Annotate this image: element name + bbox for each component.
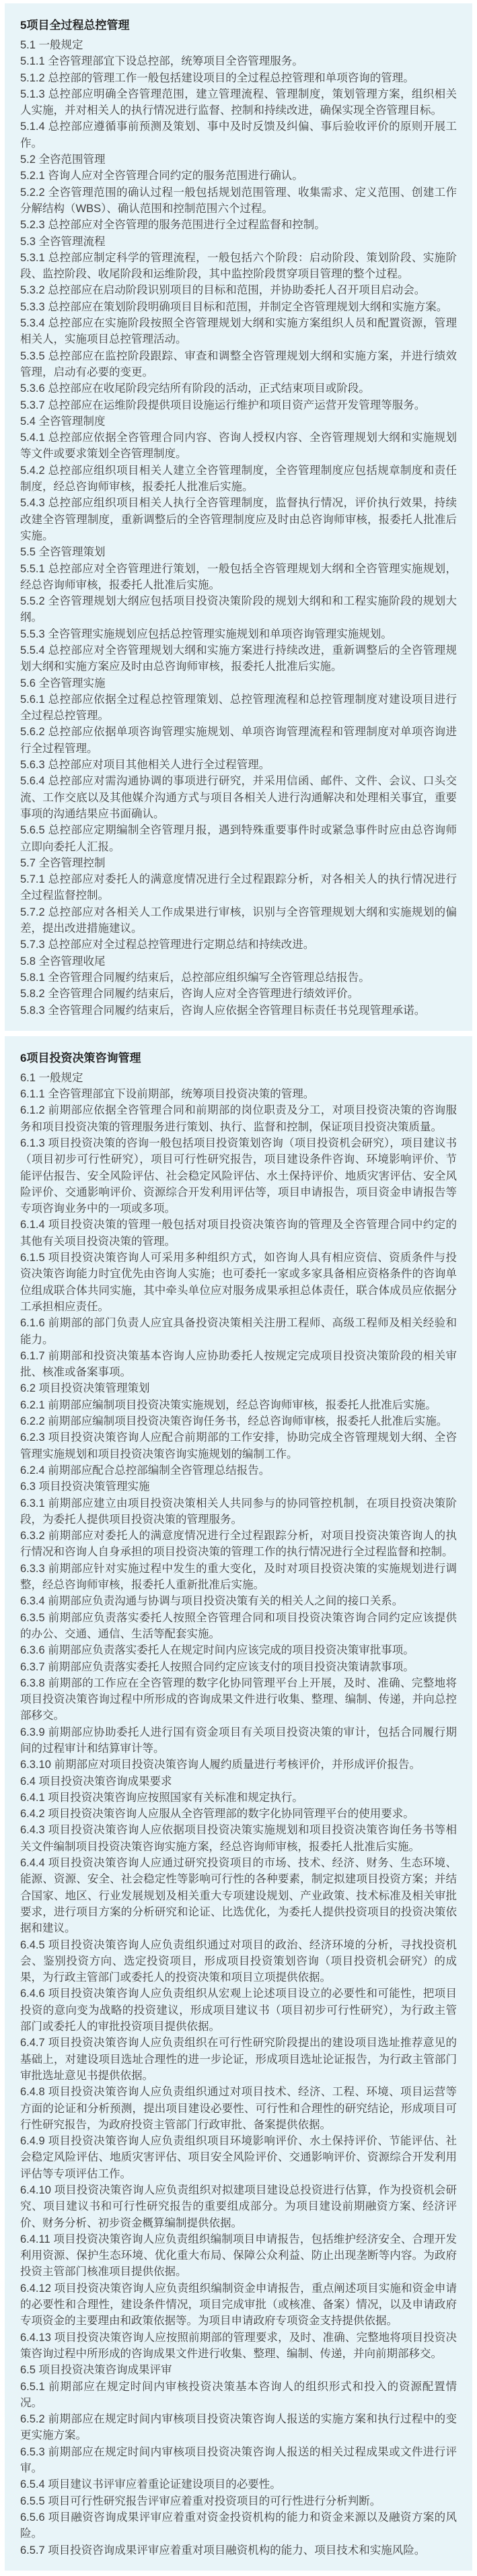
clause-paragraph: 6.3.8 前期部的工作应在全咨管理的数字化协同管理平台上开展，及时、准确、完整…	[20, 1675, 457, 1724]
clause-paragraph: 6.5 项目投资决策咨询成果评审	[20, 2362, 457, 2378]
clause-paragraph: 5.3.7 总控部应在运维阶段提供项目设施运行维护和项目资产运营开发管理等服务。	[20, 397, 457, 413]
clause-paragraph: 6.3.6 前期部应负责落实委托人在规定时间内应该完成的项目投资决策审批事项。	[20, 1642, 457, 1658]
clause-paragraph: 6.3 项目投资决策管理实施	[20, 1479, 457, 1495]
clause-paragraph: 5.6.3 总控部应对项目其他相关人进行全过程管理。	[20, 757, 457, 773]
clause-paragraph: 5.7.1 总控部应对委托人的满意度情况进行全过程跟踪分析，对各相关人的执行情况…	[20, 871, 457, 904]
clause-paragraph: 6.3.4 前期部应负责沟通与协调与项目投资决策有关的相关人之间的接口关系。	[20, 1593, 457, 1609]
clause-paragraph: 6.4.1 项目投资决策咨询应按照国家有关标准和规定执行。	[20, 1790, 457, 1806]
clause-paragraph: 6.2 项目投资决策管理策划	[20, 1380, 457, 1396]
clause-paragraph: 6.1 一般规定	[20, 1070, 457, 1086]
clause-paragraph: 5.7.3 总控部应对全过程总控管理进行定期总结和持续改进。	[20, 937, 457, 953]
clause-paragraph: 6.2.3 项目投资决策咨询人应配合前期部的工作安排，协助完成全咨管理规划大纲、…	[20, 1429, 457, 1462]
clause-paragraph: 6.4 项目投资决策咨询成果要求	[20, 1773, 457, 1790]
clause-paragraph: 5.2 全咨范围管理	[20, 151, 457, 168]
clause-paragraph: 6.1.3 项目投资决策的咨询一般包括项目投资策划咨询（项目投资机会研究），项目…	[20, 1135, 457, 1217]
clause-paragraph: 6.3.9 前期部应协助委托人进行国有资金项目有关项目投资决策的审计，包括合同履…	[20, 1724, 457, 1757]
clause-paragraph: 6.4.7 项目投资决策咨询人应负责组织在可行性研究阶段提出的建设项目选址推荐意…	[20, 2035, 457, 2084]
clause-paragraph: 6.4.6 项目投资决策咨询人应负责组织从宏观上论述项目设立的必要性和可能性，把…	[20, 1986, 457, 2035]
clause-paragraph: 6.2.4 前期部应配合总控部编制全咨管理总结报告。	[20, 1462, 457, 1479]
clause-paragraph: 6.2.1 前期部应编制项目投资决策实施规划，经总咨询师审核，报委托人批准后实施…	[20, 1397, 457, 1413]
clause-paragraph: 5.3.4 总控部应在实施阶段按照全咨管理规划大纲和实施方案组织人员和配置资源，…	[20, 315, 457, 348]
clause-paragraph: 6.5.1 前期部应在规定时间内审核投资决策基本咨询人的组织形式和投入的资源配置…	[20, 2379, 457, 2412]
clause-paragraph: 6.5.5 项目可行性研究报告评审应着重对投资项目的可行性进行分析判断。	[20, 2493, 457, 2509]
clause-paragraph: 5.8 全咨管理收尾	[20, 953, 457, 970]
document-page: 5项目全过程总控管理5.1 一般规定5.1.1 全咨管理部宜下设总控部，统筹项目…	[0, 0, 477, 2576]
clause-paragraph: 5.2.3 总控部应对全咨管理的服务范围进行全过程监督和控制。	[20, 217, 457, 233]
clause-paragraph: 6.3.7 前期部应负责落实委托人按照合同约定应该支付的项目投资决策请款事项。	[20, 1659, 457, 1675]
clause-paragraph: 5.5.3 全咨管理实施规划应包括总控管理实施规划和单项咨询管理实施规划。	[20, 626, 457, 642]
clause-paragraph: 6.4.4 项目投资决策咨询人应通过研究投资项目的市场、技术、经济、财务、生态环…	[20, 1855, 457, 1936]
section-heading: 6项目投资决策咨询管理	[20, 1050, 457, 1066]
clause-paragraph: 6.4.2 项目投资决策咨询人应服从全咨管理部的数字化协同管理平台的使用要求。	[20, 1806, 457, 1822]
clause-paragraph: 6.1.7 前期部和投资决策基本咨询人应协助委托人按规定完成项目投资决策阶段的相…	[20, 1348, 457, 1381]
clause-paragraph: 6.4.9 项目投资决策咨询人应负责组织项目环境影响评价、水土保持评价、节能评估…	[20, 2133, 457, 2182]
section-heading: 5项目全过程总控管理	[20, 17, 457, 34]
clause-paragraph: 6.5.4 项目建议书评审应着重论证建设项目的必要性。	[20, 2476, 457, 2493]
clause-paragraph: 5.2.2 全咨管理范围的确认过程一般包括规划范围管理、收集需求、定义范围、创建…	[20, 184, 457, 217]
clause-paragraph: 6.3.3 前期部应针对实施过程中发生的重大变化，及时对项目投资决策的实施规划进…	[20, 1561, 457, 1594]
clause-paragraph: 5.6.2 总控部应依据单项咨询管理实施规划、单项咨询管理流程和管理制度对单项咨…	[20, 724, 457, 757]
clause-paragraph: 5.3.1 总控部应制定科学的管理流程，一般包括六个阶段：启动阶段、策划阶段、实…	[20, 250, 457, 283]
document-section-1: 5项目全过程总控管理5.1 一般规定5.1.1 全咨管理部宜下设总控部，统筹项目…	[5, 3, 472, 1031]
clause-paragraph: 5.3.6 总控部应在收尾阶段完结所有阶段的活动，正式结束项目或阶段。	[20, 380, 457, 397]
clause-paragraph: 5.1.4 总控部应遵循事前预测及策划、事中及时反馈及纠偏、事后验收评价的原则开…	[20, 118, 457, 151]
clause-paragraph: 5.1.1 全咨管理部宜下设总控部，统筹项目全咨管理服务。	[20, 53, 457, 69]
clause-paragraph: 5.5 全咨管理策划	[20, 544, 457, 560]
clause-paragraph: 6.3.5 前期部应负责落实委托人按照全咨管理合同和项目投资决策咨询合同约定应该…	[20, 1610, 457, 1643]
clause-paragraph: 5.3.5 总控部应在监控阶段跟踪、审查和调整全咨管理规划大纲和实施方案，并进行…	[20, 348, 457, 381]
clause-paragraph: 6.1.4 项目投资决策的管理一般包括对项目投资决策咨询的管理及全咨管理合同中约…	[20, 1217, 457, 1250]
document-section-2: 6项目投资决策咨询管理6.1 一般规定6.1.1 全咨管理部宜下设前期部，统筹项…	[5, 1036, 472, 2571]
clause-paragraph: 6.5.7 项目投资咨询成果评审应着重对项目融资机构的能力、项目技术和实施风险。	[20, 2542, 457, 2558]
clause-paragraph: 6.5.2 前期部应在规定时间内审核项目投资决策咨询人报送的实施方案和执行过程中…	[20, 2411, 457, 2444]
clause-paragraph: 5.4 全咨管理制度	[20, 413, 457, 430]
clause-paragraph: 5.6.1 总控部应依据全过程总控管理策划、总控管理流程和总控管理制度对建设项目…	[20, 691, 457, 724]
clause-paragraph: 5.1.3 总控部应明确全咨管理范围，建立管理流程、管理制度，策划管理方案，组织…	[20, 86, 457, 119]
clause-paragraph: 6.1.5 项目投资决策咨询人可采用多种组织方式，如咨询人具有相应资信、资质条件…	[20, 1250, 457, 1315]
clause-paragraph: 6.5.6 项目融资咨询成果评审应着重对资金投资机构的能力和资金来源以及融资方案…	[20, 2509, 457, 2542]
clause-paragraph: 5.4.3 总控部应组织项目相关人执行全咨管理制度，监督执行情况，评价执行效果，…	[20, 495, 457, 544]
clause-paragraph: 6.3.2 前期部应对委托人的满意度情况进行全过程跟踪分析，对项目投资决策咨询人…	[20, 1528, 457, 1561]
clause-paragraph: 5.5.1 总控部应对全咨管理进行策划，一般包括全咨管理规划大纲和全咨管理实施规…	[20, 561, 457, 594]
clause-paragraph: 6.1.1 全咨管理部宜下设前期部，统筹项目投资决策的管理。	[20, 1086, 457, 1102]
clause-paragraph: 6.5.3 前期部应在规定时间内审核项目投资决策咨询人报送的相关过程成果或文件进…	[20, 2444, 457, 2477]
clause-paragraph: 5.3.2 总控部应在启动阶段识别项目的目标和范围，并协助委托人召开项目启动会。	[20, 282, 457, 298]
clause-paragraph: 5.6.4 总控部应对需沟通协调的事项进行研究，并采用信函、邮件、文件、会议、口…	[20, 773, 457, 822]
clause-paragraph: 5.4.1 总控部应依据全咨管理合同内容、咨询人授权内容、全咨管理规划大纲和实施…	[20, 430, 457, 463]
clause-paragraph: 6.1.6 前期部的部门负责人应宜具备投资决策相关注册工程师、高级工程师及相关经…	[20, 1315, 457, 1348]
clause-paragraph: 6.4.12 项目投资决策咨询人应负责组织编制资金申请报告，重点阐述项目实施和资…	[20, 2280, 457, 2330]
clause-paragraph: 5.8.1 全咨管理合同履约结束后，总控部应组织编写全咨管理总结报告。	[20, 970, 457, 986]
clause-paragraph: 6.3.10 前期部应对项目投资决策咨询人履约质量进行考核评价，并形成评价报告。	[20, 1757, 457, 1773]
clause-paragraph: 5.8.3 全咨管理合同履约结束后，咨询人应依据全咨管理目标责任书兑现管理承诺。	[20, 1003, 457, 1019]
clause-paragraph: 5.8.2 全咨管理合同履约结束后，咨询人应对全咨管理进行绩效评价。	[20, 986, 457, 1002]
clause-paragraph: 5.3.3 总控部应在策划阶段明确项目目标和范围，并制定全咨管理规划大纲和实施方…	[20, 299, 457, 315]
clause-paragraph: 6.4.3 项目投资决策咨询人应依据项目投资决策实施规划和项目投资决策咨询任务书…	[20, 1822, 457, 1855]
clause-paragraph: 5.7.2 总控部应对各相关人工作成果进行审核，识别与全咨管理规划大纲和实施规划…	[20, 904, 457, 937]
clause-paragraph: 6.4.13 项目投资决策咨询人应按照前期部的管理要求，及时、准确、完整地将项目…	[20, 2330, 457, 2363]
clause-paragraph: 6.4.10 项目投资决策咨询人应负责组织对拟建项目建设总投资进行估算，作为投资…	[20, 2182, 457, 2231]
clause-paragraph: 5.6.5 总控部应定期编制全咨管理月报，遇到特殊重要事件时或紧急事件时应由总咨…	[20, 822, 457, 855]
clause-paragraph: 6.2.2 前期部应编制项目投资决策咨询任务书，经总咨询师审核，报委托人批准后实…	[20, 1413, 457, 1429]
clause-paragraph: 6.4.11 项目投资决策咨询人应负责组织编制项目申请报告，包括维护经济安全、合…	[20, 2231, 457, 2280]
clause-paragraph: 5.1 一般规定	[20, 37, 457, 53]
clause-paragraph: 5.2.1 咨询人应对全咨管理合同约定的服务范围进行确认。	[20, 168, 457, 184]
clause-paragraph: 5.7 全咨管理控制	[20, 855, 457, 871]
clause-paragraph: 6.3.1 前期部应建立由项目投资决策相关人共同参与的协同管控机制，在项目投资决…	[20, 1495, 457, 1528]
clause-paragraph: 5.5.4 总控部应对全咨管理规划大纲和实施方案进行持续改进，重新调整后的全咨管…	[20, 642, 457, 675]
clause-paragraph: 6.4.8 项目投资决策咨询人应负责组织通过对项目技术、经济、工程、环境、项目运…	[20, 2084, 457, 2133]
clause-paragraph: 5.1.2 总控部的管理工作一般包括建设项目的全过程总控管理和单项咨询的管理。	[20, 70, 457, 86]
clause-paragraph: 5.5.2 全咨管理规划大纲应包括项目投资决策阶段的规划大纲和和工程实施阶段的规…	[20, 593, 457, 626]
clause-paragraph: 5.6 全咨管理实施	[20, 675, 457, 691]
document: 5项目全过程总控管理5.1 一般规定5.1.1 全咨管理部宜下设总控部，统筹项目…	[5, 3, 472, 2571]
clause-paragraph: 6.1.2 前期部应依据全咨管理合同和前期部的岗位职责及分工，对项目投资决策的咨…	[20, 1102, 457, 1135]
clause-paragraph: 6.4.5 项目投资决策咨询人应负责组织通过对项目的政治、经济环境的分析，寻找投…	[20, 1937, 457, 1986]
clause-paragraph: 5.3 全咨管理流程	[20, 234, 457, 250]
clause-paragraph: 5.4.2 总控部应组织项目相关人建立全咨管理制度，全咨管理制度应包括规章制度和…	[20, 463, 457, 496]
